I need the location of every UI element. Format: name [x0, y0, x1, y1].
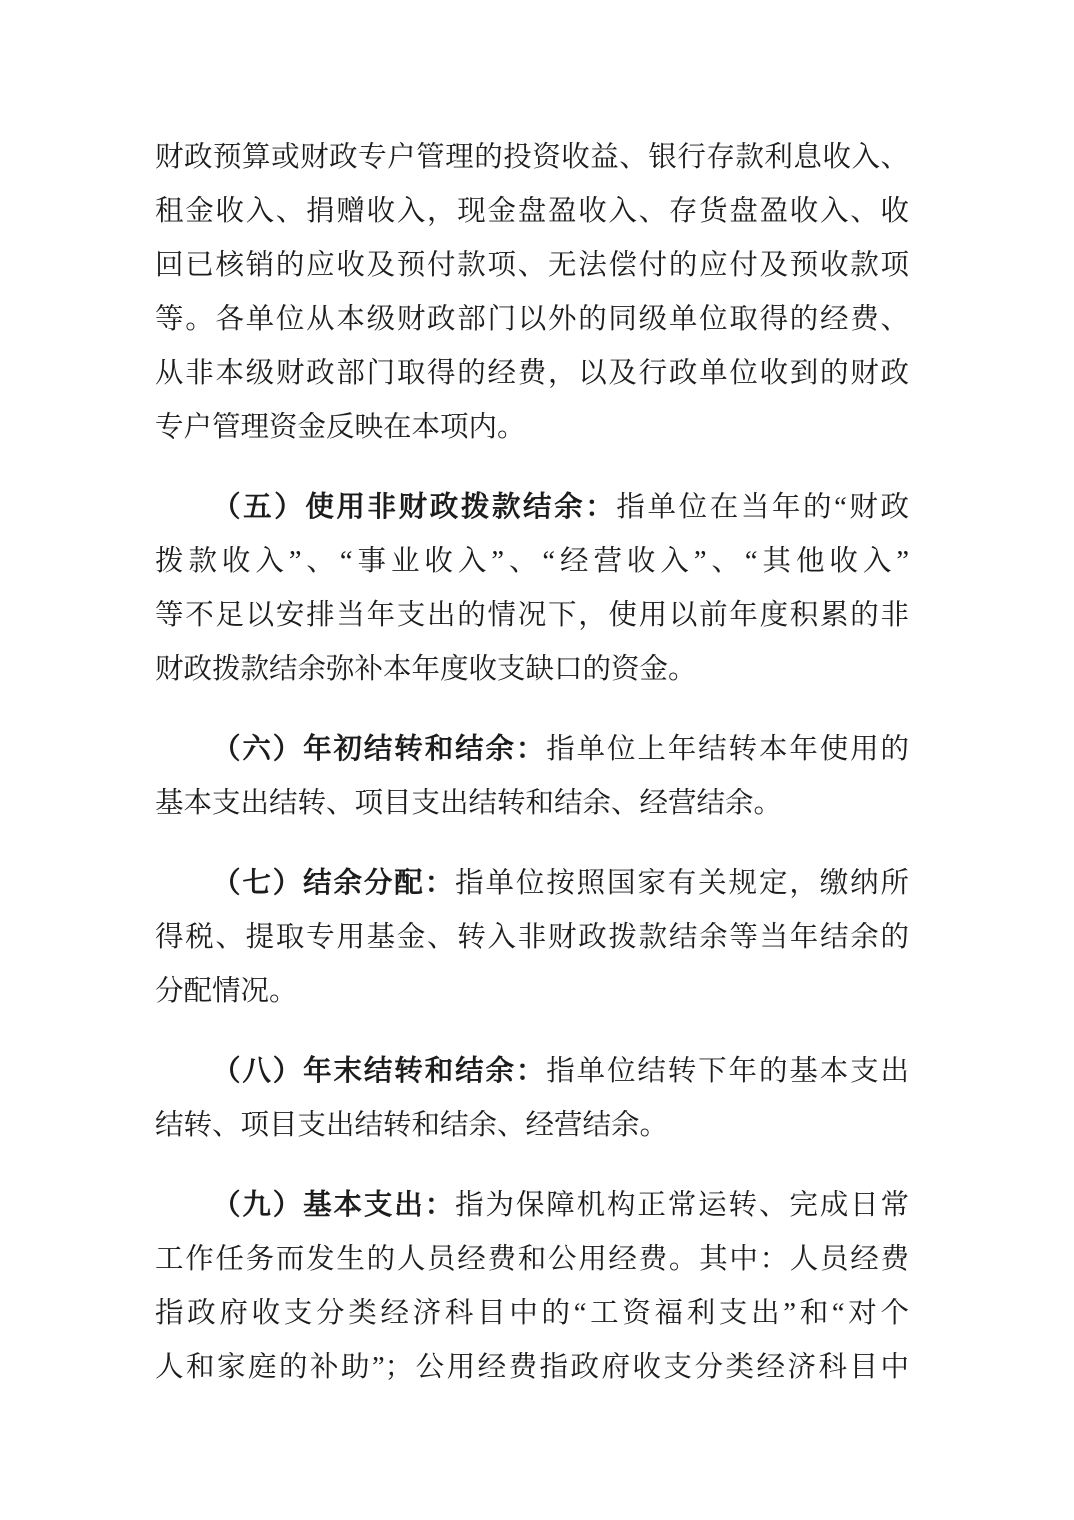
paragraph-term-7: （七）结余分配：指单位按照国家有关规定，缴纳所 得税、提取专用基金、转入非财政拨… [155, 857, 909, 1019]
text-line: （六）年初结转和结余：指单位上年结转本年使用的 [155, 723, 909, 777]
document-content: 财政预算或财政专户管理的投资收益、银行存款利息收入、 租金收入、捐赠收入，现金盘… [155, 131, 909, 1395]
term-head: （七）结余分配： [212, 868, 455, 899]
text-line: （五）使用非财政拨款结余：指单位在当年的“财政 [155, 481, 909, 535]
term-definition-start: 指单位上年结转本年使用的 [546, 734, 909, 765]
paragraph-term-6: （六）年初结转和结余：指单位上年结转本年使用的 基本支出结转、项目支出结转和结余… [155, 723, 909, 831]
text-line: 基本支出结转、项目支出结转和结余、经营结余。 [155, 777, 909, 831]
text-line: 租金收入、捐赠收入，现金盘盈收入、存货盘盈收入、收 [155, 185, 909, 239]
term-head: （八）年末结转和结余： [212, 1056, 546, 1087]
text-line: 指政府收支分类经济科目中的“工资福利支出”和“对个 [155, 1287, 909, 1341]
text-line: 等。各单位从本级财政部门以外的同级单位取得的经费、 [155, 293, 909, 347]
paragraph-term-9: （九）基本支出：指为保障机构正常运转、完成日常 工作任务而发生的人员经费和公用经… [155, 1179, 909, 1395]
text-line: 分配情况。 [155, 965, 909, 1019]
document-page: 财政预算或财政专户管理的投资收益、银行存款利息收入、 租金收入、捐赠收入，现金盘… [0, 0, 1074, 1520]
term-definition-start: 指单位结转下年的基本支出 [546, 1056, 909, 1087]
text-line: 财政拨款结余弥补本年度收支缺口的资金。 [155, 643, 909, 697]
text-line: （七）结余分配：指单位按照国家有关规定，缴纳所 [155, 857, 909, 911]
text-line: （八）年末结转和结余：指单位结转下年的基本支出 [155, 1045, 909, 1099]
text-line: 拨款收入”、“事业收入”、“经营收入”、“其他收入” [155, 535, 909, 589]
text-line: 结转、项目支出结转和结余、经营结余。 [155, 1099, 909, 1153]
text-line: 财政预算或财政专户管理的投资收益、银行存款利息收入、 [155, 131, 909, 185]
term-definition-start: 指为保障机构正常运转、完成日常 [455, 1190, 909, 1221]
text-line: 专户管理资金反映在本项内。 [155, 401, 909, 455]
text-line: 等不足以安排当年支出的情况下，使用以前年度积累的非 [155, 589, 909, 643]
text-line: 工作任务而发生的人员经费和公用经费。其中：人员经费 [155, 1233, 909, 1287]
paragraph-term-5: （五）使用非财政拨款结余：指单位在当年的“财政 拨款收入”、“事业收入”、“经营… [155, 481, 909, 697]
term-head: （九）基本支出： [212, 1190, 455, 1221]
text-line: 人和家庭的补助”；公用经费指政府收支分类经济科目中 [155, 1341, 909, 1395]
term-definition-start: 指单位按照国家有关规定，缴纳所 [455, 868, 909, 899]
term-head: （五）使用非财政拨款结余： [212, 492, 616, 523]
term-head: （六）年初结转和结余： [212, 734, 546, 765]
paragraph-continuation: 财政预算或财政专户管理的投资收益、银行存款利息收入、 租金收入、捐赠收入，现金盘… [155, 131, 909, 455]
text-line: 得税、提取专用基金、转入非财政拨款结余等当年结余的 [155, 911, 909, 965]
text-line: （九）基本支出：指为保障机构正常运转、完成日常 [155, 1179, 909, 1233]
paragraph-term-8: （八）年末结转和结余：指单位结转下年的基本支出 结转、项目支出结转和结余、经营结… [155, 1045, 909, 1153]
term-definition-start: 指单位在当年的“财政 [616, 492, 909, 523]
text-line: 回已核销的应收及预付款项、无法偿付的应付及预收款项 [155, 239, 909, 293]
text-line: 从非本级财政部门取得的经费，以及行政单位收到的财政 [155, 347, 909, 401]
